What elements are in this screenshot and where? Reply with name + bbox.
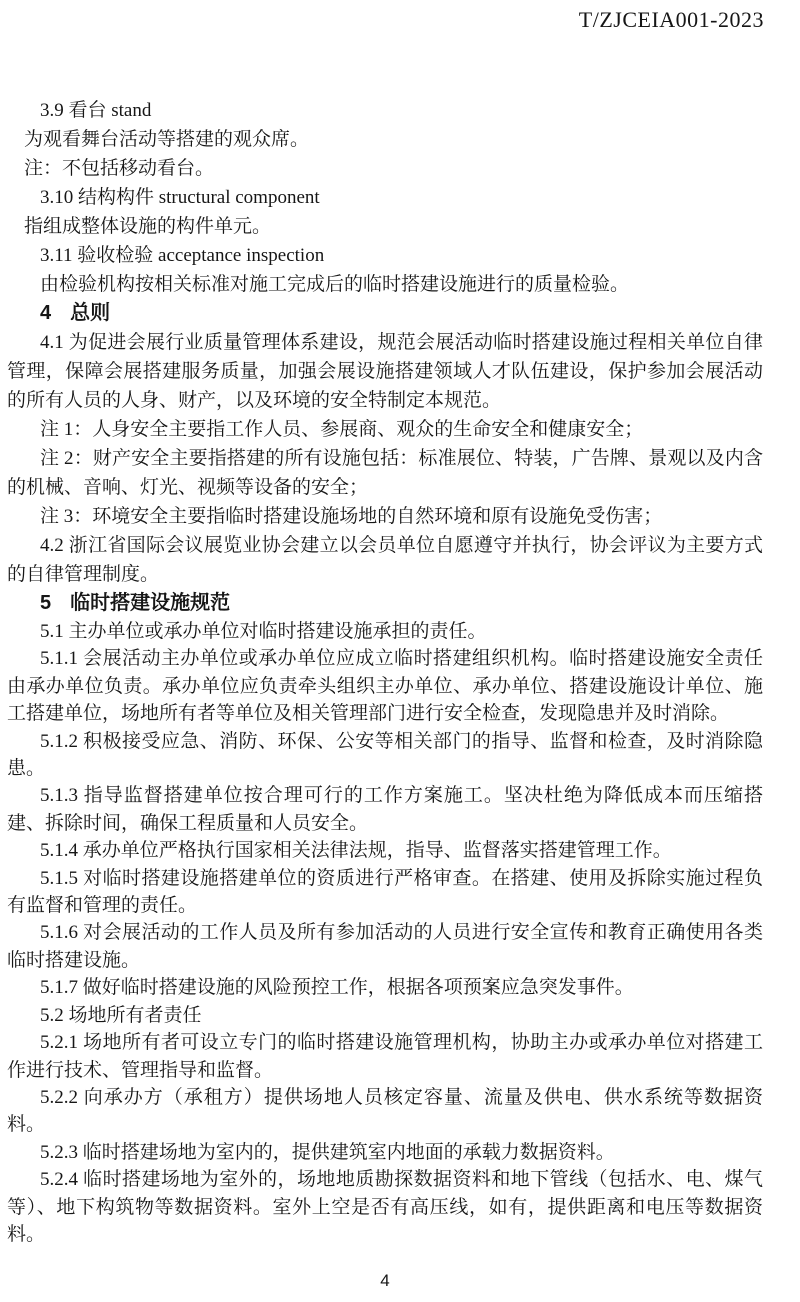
paragraph-4-1: 4.1 为促进会展行业质量管理体系建设，规范会展活动临时搭建设施过程相关单位自律… xyxy=(7,328,763,415)
term-3-10-definition: 指组成整体设施的构件单元。 xyxy=(24,212,763,241)
doc-code-header: T/ZJCEIA001-2023 xyxy=(579,7,764,33)
section-5-number: 5 xyxy=(40,589,51,618)
term-3-9-note: 注：不包括移动看台。 xyxy=(24,154,763,183)
paragraph-5-1: 5.1 主办单位或承办单位对临时搭建设施承担的责任。 xyxy=(7,618,763,645)
term-3-11-definition: 由检验机构按相关标准对施工完成后的临时搭建设施进行的质量检验。 xyxy=(24,270,763,299)
paragraph-5-1-2: 5.1.2 积极接受应急、消防、环保、公安等相关部门的指导、监督和检查，及时消除… xyxy=(7,728,763,783)
section-4-body: 4.1 为促进会展行业质量管理体系建设，规范会展活动临时搭建设施过程相关单位自律… xyxy=(7,328,763,589)
section-heading-5: 5临时搭建设施规范 xyxy=(7,589,763,618)
paragraph-5-2-3: 5.2.3 临时搭建场地为室内的，提供建筑室内地面的承载力数据资料。 xyxy=(7,1139,763,1166)
term-3-9-definition: 为观看舞台活动等搭建的观众席。 xyxy=(24,125,763,154)
page-number: 4 xyxy=(7,1271,763,1291)
section-4-title: 总则 xyxy=(70,302,110,324)
paragraph-5-1-1: 5.1.1 会展活动主办单位或承办单位应成立临时搭建组织机构。临时搭建设施安全责… xyxy=(7,645,763,727)
section-5-body: 5.1 主办单位或承办单位对临时搭建设施承担的责任。 5.1.1 会展活动主办单… xyxy=(7,618,763,1248)
paragraph-5-1-5: 5.1.5 对临时搭建设施搭建单位的资质进行严格审查。在搭建、使用及拆除实施过程… xyxy=(7,865,763,920)
paragraph-5-2: 5.2 场地所有者责任 xyxy=(7,1002,763,1029)
document-page: T/ZJCEIA001-2023 3.9 看台 stand 为观看舞台活动等搭建… xyxy=(0,0,800,1302)
paragraph-5-2-2: 5.2.2 向承办方（承租方）提供场地人员核定容量、流量及供电、供水系统等数据资… xyxy=(7,1084,763,1139)
term-3-10: 3.10 结构构件 structural component xyxy=(24,183,763,212)
section-5-title: 临时搭建设施规范 xyxy=(70,592,230,614)
paragraph-4-2: 4.2 浙江省国际会议展览业协会建立以会员单位自愿遵守并执行，协会评议为主要方式… xyxy=(7,531,763,589)
term-3-11: 3.11 验收检验 acceptance inspection xyxy=(24,241,763,270)
section-3-terms: 3.9 看台 stand 为观看舞台活动等搭建的观众席。 注：不包括移动看台。 … xyxy=(24,96,763,299)
paragraph-5-2-4: 5.2.4 临时搭建场地为室外的，场地地质勘探数据资料和地下管线（包括水、电、煤… xyxy=(7,1166,763,1248)
paragraph-5-2-1: 5.2.1 场地所有者可设立专门的临时搭建设施管理机构，协助主办或承办单位对搭建… xyxy=(7,1029,763,1084)
paragraph-note-3: 注 3：环境安全主要指临时搭建设施场地的自然环境和原有设施免受伤害； xyxy=(7,502,763,531)
document-body: 3.9 看台 stand 为观看舞台活动等搭建的观众席。 注：不包括移动看台。 … xyxy=(7,96,763,1248)
paragraph-note-1: 注 1：人身安全主要指工作人员、参展商、观众的生命安全和健康安全； xyxy=(7,415,763,444)
section-4-number: 4 xyxy=(40,299,51,328)
paragraph-5-1-7: 5.1.7 做好临时搭建设施的风险预控工作，根据各项预案应急突发事件。 xyxy=(7,974,763,1001)
paragraph-5-1-3: 5.1.3 指导监督搭建单位按合理可行的工作方案施工。坚决杜绝为降低成本而压缩搭… xyxy=(7,782,763,837)
paragraph-note-2: 注 2：财产安全主要指搭建的所有设施包括：标准展位、特装，广告牌、景观以及内含的… xyxy=(7,444,763,502)
paragraph-5-1-4: 5.1.4 承办单位严格执行国家相关法律法规，指导、监督落实搭建管理工作。 xyxy=(7,837,763,864)
term-3-9: 3.9 看台 stand xyxy=(24,96,763,125)
paragraph-5-1-6: 5.1.6 对会展活动的工作人员及所有参加活动的人员进行安全宣传和教育正确使用各… xyxy=(7,919,763,974)
section-heading-4: 4总则 xyxy=(7,299,763,328)
